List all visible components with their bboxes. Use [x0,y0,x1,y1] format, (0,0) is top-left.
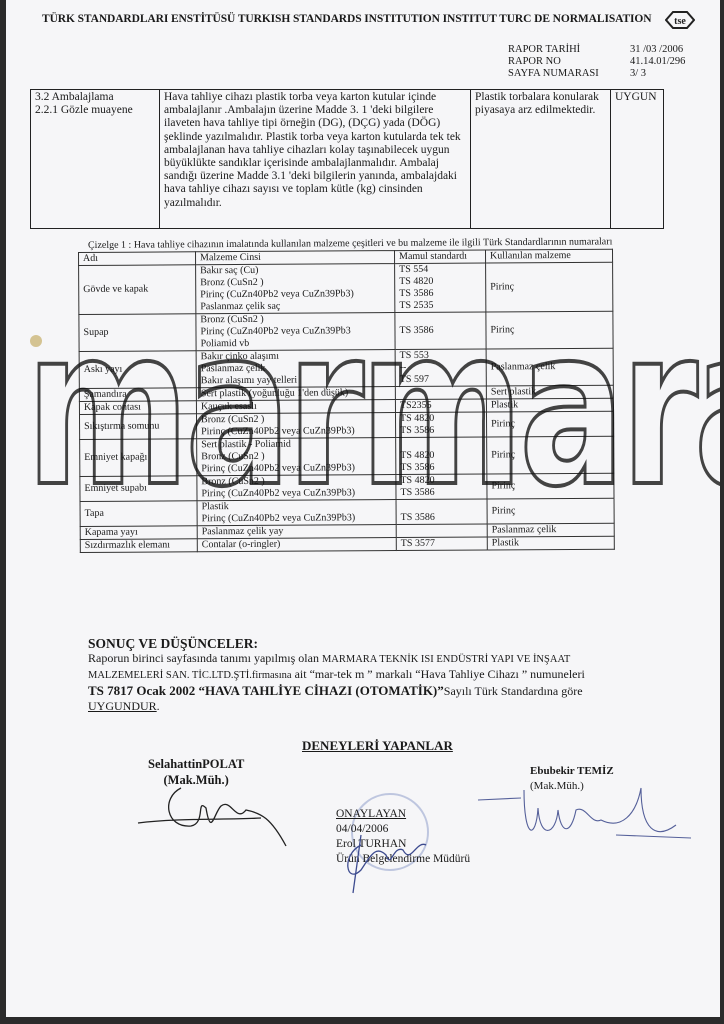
meta-value: 41.14.01/296 [630,56,685,68]
used-material-cell: Paslanmaz çelik [487,523,614,537]
tester-title: (Mak.Müh.) [148,772,244,788]
meta-value: 31 /03 /2006 [630,44,683,56]
conclusion-text-part: Sayılı Türk Standardına göre [444,684,583,698]
used-material-cell: Pirinç [486,311,613,349]
tester-2-block: Ebubekir TEMİZ (Mak.Müh.) [530,764,614,794]
part-name-cell: Emniyet supabı [80,476,197,502]
approver-title: Ürün Belgelendirme Müdürü [336,852,470,867]
standard-cell: TS 4820TS 3586 [396,474,487,500]
column-header: Kullanılan malzeme [485,249,612,263]
material-cell: Kauçuk esaslı [196,400,395,414]
material-cell: Bronz (CuSn2 )Pirinç (CuZn40Pb2 veya CuZ… [196,313,395,351]
material-cell: Bakır çinko alaşımıPaslanmaz çelikBakır … [196,350,395,388]
part-name-cell: Askı yayı [79,351,196,389]
part-name-cell: Sızdırmazlık elemanı [80,539,197,553]
material-cell: Paslanmaz çelik yay [197,525,396,539]
material-cell: Bronz (CuSn2 )Pirinç (CuZn40Pb2 veya CuZ… [196,413,395,439]
standard-cell [396,524,487,538]
report-date-row: RAPOR TARİHİ31 /03 /2006 [508,44,685,56]
result-cell: UYGUN [611,90,664,229]
material-cell: Bakır saç (Cu)Bronz (CuSn2 )Pirinç (CuZn… [196,264,395,314]
used-material-cell: Pirinç [487,473,614,499]
used-material-cell: Pirinç [486,262,613,312]
conclusion-section: SONUÇ VE DÜŞÜNCELER: Raporun birinci say… [88,636,708,714]
standard-reference: TS 7817 Ocak 2002 “HAVA TAHLİYE CİHAZI (… [88,683,444,698]
clause-line: 3.2 Ambalajlama [35,91,155,104]
company-name: MARMARA TEKNİK ISI ENDÜSTRİ YAPI VE İNŞA… [322,654,570,665]
column-header: Mamul standardı [394,250,485,264]
column-header: Malzeme Cinsi [196,251,395,265]
tester-name: Ebubekir TEMİZ [530,764,614,779]
used-material-cell: Pirinç [487,436,614,474]
report-meta: RAPOR TARİHİ31 /03 /2006 RAPOR NO41.14.0… [508,44,685,80]
part-name-cell: Supap [79,314,196,352]
report-no-row: RAPOR NO41.14.01/296 [508,56,685,68]
part-name-cell: Şamandıra [79,388,196,402]
requirement-cell: Hava tahliye cihazı plastik torba veya k… [160,90,471,229]
standard-cell: TS2355 [395,399,486,413]
table-row: SupapBronz (CuSn2 )Pirinç (CuZn40Pb2 vey… [79,311,613,351]
tester-1-block: SelahattinPOLAT (Mak.Müh.) [148,756,244,788]
conclusion-text: Raporun birinci sayfasında tanımı yapılm… [88,651,708,714]
tester-name: SelahattinPOLAT [148,756,244,772]
meta-label: SAYFA NUMARASI [508,68,630,80]
table-row: Emniyet supabıBronz (CuSn2 )Pirinç (CuZn… [80,473,614,501]
material-cell: Bronz (CuSn2 )Pirinç (CuZn40Pb2 veya CuZ… [197,475,396,501]
table-row: Askı yayıBakır çinko alaşımıPaslanmaz çe… [79,348,613,388]
table-row: Sıkıştırma somunuBronz (CuSn2 )Pirinç (C… [79,411,613,439]
standard-cell: TS 4820TS 3586 [396,437,487,475]
approver-block: ONAYLAYAN 04/04/2006 Erol TURHAN Ürün Be… [336,807,470,867]
institution-header: TÜRK STANDARDLARI ENSTİTÜSÜ TURKISH STAN… [42,13,651,25]
finding-cell: Plastik torbalara konularak piyasaya arz… [471,90,611,229]
part-name-cell: Kapak contası [79,401,196,415]
part-name-cell: Kapama yayı [80,526,197,540]
svg-text:tse: tse [674,16,686,27]
used-material-cell: Plastik [487,536,614,550]
standard-cell: TS 553--TS 597 [395,349,486,387]
table-row: Emniyet kapağıSert plastik - PoliamidBro… [80,436,614,476]
standard-cell: TS 554TS 4820TS 3586TS 2535 [395,263,486,313]
used-material-cell: Pirinç [486,411,613,437]
tester-title: (Mak.Müh.) [530,779,614,794]
materials-table-body: Gövde ve kapakBakır saç (Cu)Bronz (CuSn2… [79,262,615,552]
materials-table: Adı Malzeme Cinsi Mamul standardı Kullan… [78,249,615,553]
approval-date: 04/04/2006 [336,822,470,837]
part-name-cell: Gövde ve kapak [79,265,196,315]
material-cell: Contalar (o-ringler) [197,538,396,552]
part-name-cell: Tapa [80,501,197,527]
used-material-cell: Plastik [486,398,613,412]
meta-value: 3/ 3 [630,68,646,80]
page-number-row: SAYFA NUMARASI3/ 3 [508,68,685,80]
table-row: Gövde ve kapakBakır saç (Cu)Bronz (CuSn2… [79,262,613,314]
standard-cell: TS 3586 [396,499,487,525]
conclusion-title: SONUÇ VE DÜŞÜNCELER: [88,636,708,651]
material-cell: PlastikPirinç (CuZn40Pb2 veya CuZn39Pb3) [197,500,396,526]
meta-label: RAPOR NO [508,56,630,68]
clause-cell: 3.2 Ambalajlama 2.2.1 Gözle muayene [31,90,160,229]
verdict: UYGUNDUR [88,699,157,713]
standard-cell: TS 3577 [396,537,487,551]
table-row: Sızdırmazlık elemanıContalar (o-ringler)… [80,536,614,552]
tse-logo-icon: tse [665,10,695,30]
standard-cell: TS 4820TS 3586 [395,412,486,438]
document-page: TÜRK STANDARDLARI ENSTİTÜSÜ TURKISH STAN… [6,0,720,1017]
approver-name: Erol TURHAN [336,837,470,852]
part-name-cell: Emniyet kapağı [80,439,197,477]
inspection-table: 3.2 Ambalajlama 2.2.1 Gözle muayene Hava… [30,89,664,229]
approver-label: ONAYLAYAN [336,807,470,822]
standard-cell [395,386,486,400]
material-cell: Sert plastik (yoğunluğu 1'den düşük) [196,387,395,401]
standard-cell: TS 3586 [395,312,486,350]
used-material-cell: Paslanmaz çelik [486,348,613,386]
material-cell: Sert plastik - PoliamidBronz (CuSn2 )Pir… [197,438,396,476]
performed-by-title: DENEYLERİ YAPANLAR [302,738,453,754]
punch-hole-mark [30,335,42,347]
column-header: Adı [79,252,196,266]
table-row: TapaPlastikPirinç (CuZn40Pb2 veya CuZn39… [80,498,614,526]
used-material-cell: Sert plastik [486,385,613,399]
meta-label: RAPOR TARİHİ [508,44,630,56]
part-name-cell: Sıkıştırma somunu [79,414,196,440]
conclusion-text-part: Raporun birinci sayfasında tanımı yapılm… [88,651,322,665]
conclusion-text-part: ait “mar-tek m ” markalı “Hava Tahliye C… [292,667,585,681]
clause-line: 2.2.1 Gözle muayene [35,104,155,117]
company-name: MALZEMELERİ SAN. TİC.LTD.ŞTİ.firmasına [88,670,292,681]
used-material-cell: Pirinç [487,498,614,524]
table-row: 3.2 Ambalajlama 2.2.1 Gözle muayene Hava… [31,90,664,229]
